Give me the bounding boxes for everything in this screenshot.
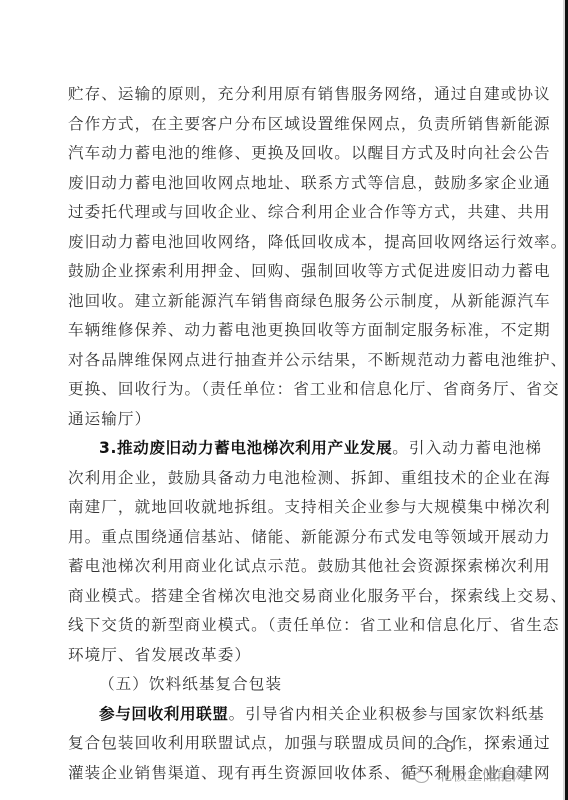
paragraph-line: 贮存、运输的原则，充分利用原有销售服务网络，通过自建或协议 bbox=[68, 80, 462, 110]
page-number: - 5 - bbox=[432, 740, 469, 756]
paragraph-line: 车辆维修保养、动力蓄电池更换回收等方面制定服务标准，不定期 bbox=[68, 316, 462, 346]
paragraph-line: 合作方式，在主要客户分布区域设置维保网点，负责所销售新能源 bbox=[68, 110, 462, 140]
paragraph-line: 蓄电池梯次利用商业化试点示范。鼓励其他社会资源探索梯次利用 bbox=[68, 552, 462, 582]
paragraph-line: 线下交货的新型商业模式。（责任单位：省工业和信息化厅、省生态 bbox=[68, 611, 462, 641]
paragraph-line: 灌装企业销售渠道、现有再生资源回收体系、循环利用企业自建网 bbox=[68, 759, 462, 789]
paragraph-line: 过委托代理或与回收企业、综合利用企业合作等方式，共建、共用 bbox=[68, 198, 462, 228]
paragraph-line: 南建厂，就地回收就地拆组。支持相关企业参与大规模集中梯次利 bbox=[68, 493, 462, 523]
watermark-text: 北极星储能网 bbox=[437, 764, 527, 785]
section-5-title: 参与回收利用联盟 bbox=[99, 705, 229, 723]
paragraph-line: 次利用企业，鼓励具备动力电池检测、拆卸、重组技术的企业在海 bbox=[68, 464, 462, 494]
section-3-lead: 。引入动力蓄电池梯 bbox=[392, 439, 542, 457]
paragraph-line: 更换、回收行为。（责任单位：省工业和信息化厅、省商务厅、省交 bbox=[68, 375, 462, 405]
section-3-first-line: 3.推动废旧动力蓄电池梯次利用产业发展。引入动力蓄电池梯 bbox=[68, 434, 462, 464]
paragraph-line: 用。重点围绕通信基站、储能、新能源分布式发电等领域开展动力 bbox=[68, 523, 462, 553]
paragraph-line: 废旧动力蓄电池回收网点地址、联系方式等信息，鼓励多家企业通 bbox=[68, 169, 462, 199]
paragraph-line: 汽车动力蓄电池的维修、更换及回收。以醒目方式及时向社会公告 bbox=[68, 139, 462, 169]
wechat-icon bbox=[405, 765, 431, 783]
watermark: 北极星储能网 bbox=[405, 762, 527, 786]
paragraph-line: 废旧动力蓄电池回收网络，降低回收成本，提高回收网络运行效率。 bbox=[68, 228, 462, 258]
document-page: 贮存、运输的原则，充分利用原有销售服务网络，通过自建或协议 合作方式，在主要客户… bbox=[68, 80, 462, 788]
paragraph-line: 对各品牌维保网点进行抽查并公示结果，不断规范动力蓄电池维护、 bbox=[68, 346, 462, 376]
section-5-heading: （五）饮料纸基复合包装 bbox=[68, 670, 462, 700]
paragraph-line: 复合包装回收利用联盟试点，加强与联盟成员间的合作，探索通过 bbox=[68, 729, 462, 759]
paragraph-line: 通运输厅） bbox=[68, 405, 462, 435]
section-3-title: 3.推动废旧动力蓄电池梯次利用产业发展 bbox=[99, 439, 392, 457]
section-5-lead: 。引导省内相关企业积极参与国家饮料纸基 bbox=[229, 705, 545, 723]
paragraph-line: 鼓励企业探索利用押金、回购、强制回收等方式促进废旧动力蓄电 bbox=[68, 257, 462, 287]
paragraph-line: 池回收。建立新能源汽车销售商绿色服务公示制度，从新能源汽车 bbox=[68, 287, 462, 317]
section-5-first-line: 参与回收利用联盟。引导省内相关企业积极参与国家饮料纸基 bbox=[68, 700, 462, 730]
paragraph-line: 环境厅、省发展改革委） bbox=[68, 641, 462, 671]
paragraph-line: 商业模式。搭建全省梯次电池交易商业化服务平台，探索线上交易、 bbox=[68, 582, 462, 612]
